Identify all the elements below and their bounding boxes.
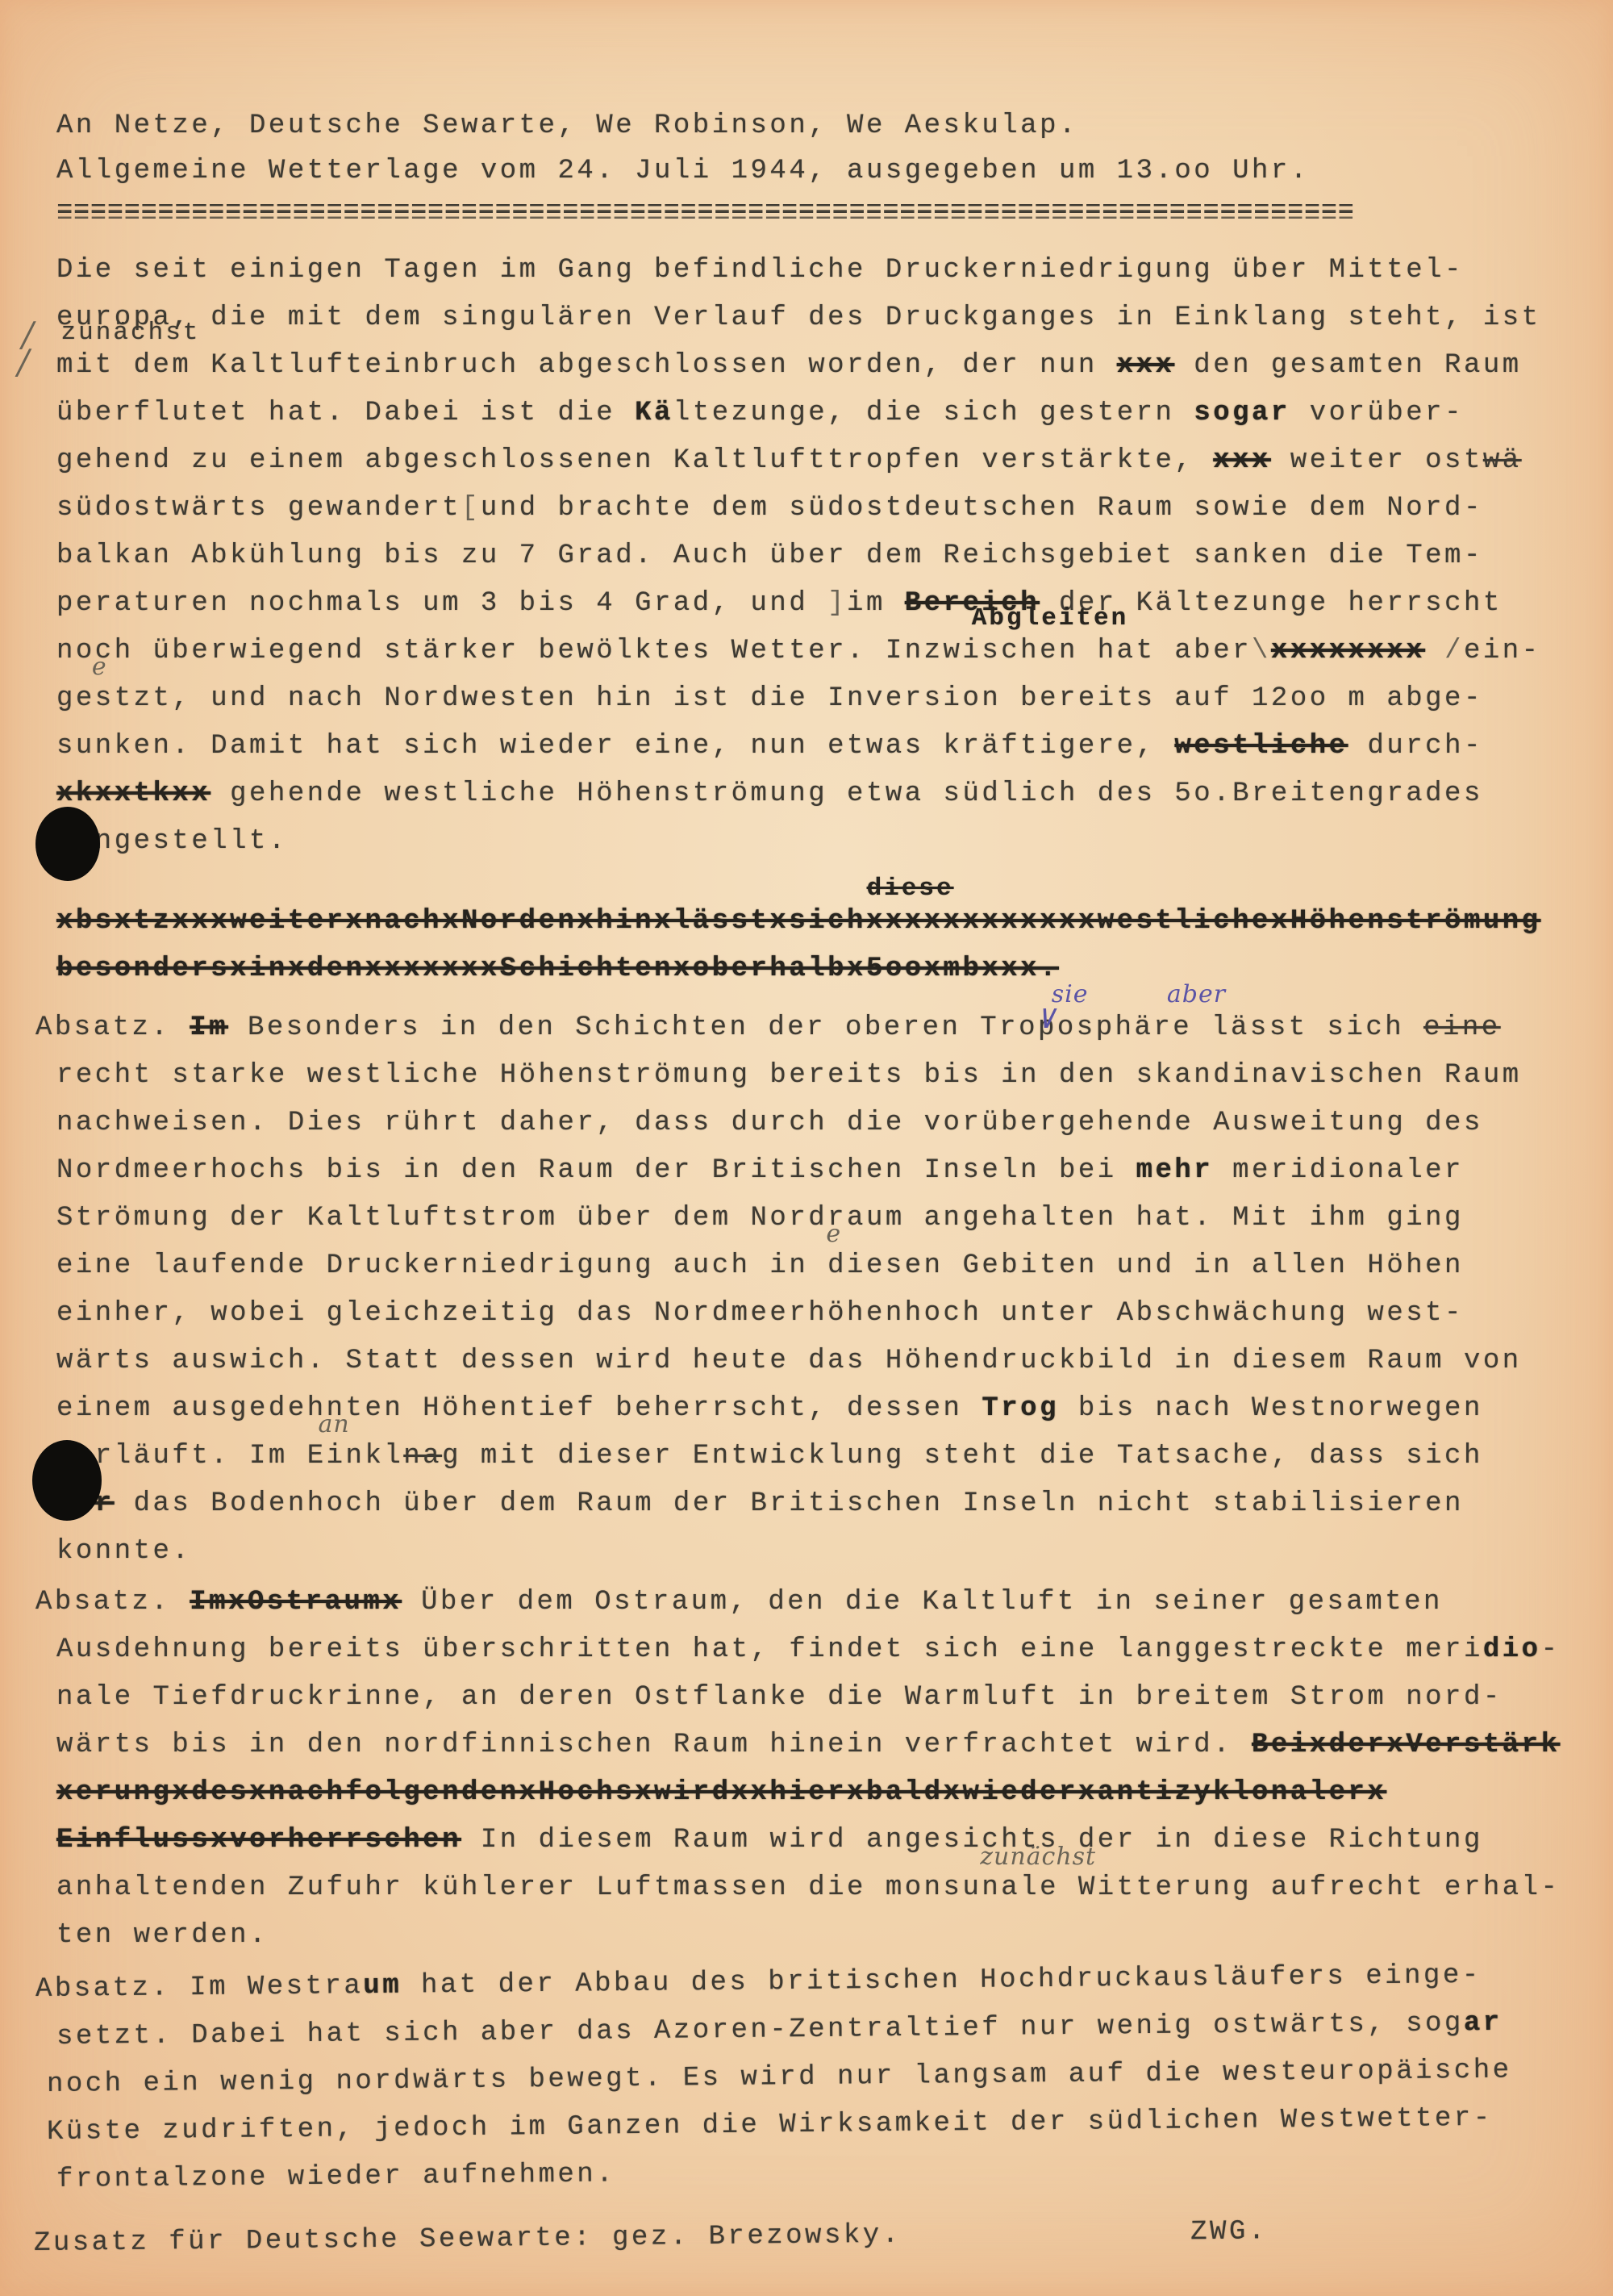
text-segment: wä [1483, 445, 1522, 476]
text-segment: ImxOstraumx [190, 1587, 402, 1618]
p2-line: sieaberAbsatz. Im Besonders in den Schic… [35, 1004, 1613, 1052]
p1-line: überflutet hat. Dabei ist die Kältezunge… [56, 390, 1613, 437]
text-segment: wärts auswich. Statt dessen wird heute d… [56, 1346, 1522, 1376]
annotation-typedbold: Abgleiten [972, 606, 1128, 631]
footer-initials: ZWG. [1190, 2216, 1268, 2248]
text-segment: ar [1464, 2008, 1503, 2039]
text-segment: hat der Abbau des britischen Hochdruckau… [402, 1960, 1482, 2002]
text-segment: / [1444, 636, 1464, 666]
annotation-pencil: an [318, 1413, 349, 1437]
annotation-pencil: / [18, 345, 30, 379]
p1-line: eingestellt. [56, 818, 1613, 866]
text-segment: südostwärts gewandert [56, 493, 461, 524]
text-segment: ein- [1464, 636, 1541, 666]
text-segment: gehende westliche Höhenströmung etwa süd… [210, 779, 1483, 809]
text-segment: Strömung der Kaltluftstrom über dem Nord… [56, 1203, 1464, 1234]
text-segment: ten werden. [56, 1920, 269, 1951]
text-segment: BeixderxVerstärk [1252, 1730, 1560, 1760]
text-segment: und brachte dem südostdeutschen Raum sow… [481, 493, 1483, 524]
text-segment: das Bodenhoch über dem Raum der Britisch… [115, 1488, 1464, 1519]
p1-line: zunächst//mit dem Kaltlufteinbruch abges… [56, 342, 1613, 390]
text-segment: xbsxtzxxxweiterxnachxNordenxhinxlässtxsi… [56, 906, 1541, 937]
text-segment: recht starke westliche Höhenströmung ber… [56, 1060, 1522, 1091]
p1-line: peraturen nochmals um 3 bis 4 Grad, und … [56, 580, 1613, 628]
p2-line: einem ausgedehnten Höhentief beherrscht,… [56, 1385, 1613, 1433]
document-page: An Netze, Deutsche Sewarte, We Robinson,… [0, 0, 1613, 2296]
document-body: An Netze, Deutsche Sewarte, We Robinson,… [0, 0, 1613, 2268]
text-segment: wärts bis in den nordfinnischen Raum hin… [56, 1730, 1252, 1760]
text-segment [1425, 636, 1444, 666]
text-segment: noch ein wenig nordwärts bewegt. Es wird… [47, 2056, 1512, 2100]
punch-hole [35, 807, 100, 881]
text-segment: den gesamten Raum [1174, 350, 1521, 381]
text-segment: um [363, 1971, 402, 2002]
text-segment: xxx [1117, 350, 1175, 381]
text-segment: sunken. Damit hat sich wieder eine, nun … [56, 731, 1174, 762]
text-segment: frontalzone wieder aufnehmen. [56, 2159, 616, 2195]
text-segment: gehend zu einem abgeschlossenen Kaltluft… [56, 445, 1213, 476]
text-segment: nale Tiefdruckrinne, an deren Ostflanke … [56, 1682, 1503, 1713]
text-segment: weiter ost [1271, 445, 1483, 476]
text-segment: einem ausgedehnten Höhentief beherrscht,… [56, 1393, 982, 1424]
text-segment: xxx [1213, 445, 1271, 476]
text-segment: Die seit einigen Tagen im Gang befindlic… [56, 255, 1464, 286]
text-segment: mit dem Kaltlufteinbruch abgeschlossen w… [56, 350, 1117, 381]
text-segment: eine [1423, 1012, 1501, 1043]
header-recipients: An Netze, Deutsche Sewarte, We Robinson,… [56, 103, 1613, 148]
annotation-pencil: e [826, 1222, 841, 1246]
annotation-typedbold: diese [867, 876, 954, 901]
text-segment: verläuft. Im Einkl [56, 1441, 403, 1472]
text-segment: einher, wobei gleichzeitig das Nordmeerh… [56, 1298, 1464, 1329]
text-segment: Absatz. Im Westra [35, 1971, 364, 2005]
deleted-line: xerungxdesxnachfolgendenxHochsxwirdxxhie… [56, 1769, 1613, 1817]
text-segment: setzt. Dabei hat sich aber das Azoren-Ze… [56, 2008, 1464, 2052]
text-segment: durch- [1348, 731, 1483, 762]
text-segment: anhaltenden Zufuhr kühlerer Luftmassen d… [56, 1872, 1560, 1903]
deleted-line: diesexbsxtzxxxweiterxnachxNordenxhinxläs… [56, 898, 1613, 946]
p1-line: Die seit einigen Tagen im Gang befindlic… [56, 247, 1613, 294]
p2-line: anverläuft. Im Einklnag mit dieser Entwi… [56, 1433, 1613, 1480]
p2-line: wärts auswich. Statt dessen wird heute d… [56, 1338, 1613, 1385]
text-segment: Absatz. [35, 1012, 190, 1043]
text-segment: mehr [1136, 1155, 1214, 1186]
p2-line: konnte. [56, 1528, 1613, 1576]
text-segment: ltezunge, die sich gestern [673, 398, 1194, 428]
text-segment: gestzt, und nach Nordwesten hin ist die … [56, 683, 1483, 714]
text-segment: im [847, 588, 905, 619]
p1-line: balkan Abkühlung bis zu 7 Grad. Auch übe… [56, 532, 1613, 580]
text-segment: - [1541, 1634, 1561, 1665]
text-segment: ========================================… [56, 196, 1355, 227]
text-segment: eine laufende Druckerniedrigung auch in … [56, 1250, 1464, 1281]
p3-line: wärts bis in den nordfinnischen Raum hin… [56, 1722, 1613, 1769]
footer-signature: Zusatz für Deutsche Seewarte: gez. Brezo… [34, 2205, 1613, 2268]
annotation-typed: zunächst [61, 320, 201, 345]
text-segment: peraturen nochmals um 3 bis 4 Grad, und [56, 588, 827, 619]
text-segment: Absatz. [35, 1587, 190, 1618]
annotation-ink: aber [1167, 983, 1226, 1007]
text-segment: Küste zudriften, jedoch im Ganzen die Wi… [47, 2103, 1493, 2148]
text-segment: xxxxxxxx [1271, 636, 1425, 666]
text-segment: Allgemeine Wetterlage vom 24. Juli 1944,… [56, 156, 1310, 186]
header-separator: ========================================… [56, 194, 1613, 229]
text-segment: sogar [1194, 398, 1290, 428]
p2-line: einher, wobei gleichzeitig das Nordmeerh… [56, 1290, 1613, 1338]
p1-line: europa, die mit dem singulären Verlauf d… [56, 294, 1613, 342]
punch-hole [32, 1440, 102, 1521]
text-segment: dio [1483, 1634, 1541, 1665]
text-segment: ] [827, 588, 847, 619]
text-segment: Kä [635, 398, 673, 428]
text-segment: [ [461, 493, 481, 524]
p2-line: der das Bodenhoch über dem Raum der Brit… [56, 1480, 1613, 1528]
p3-line: Einflussxvorherrschen In diesem Raum wir… [56, 1817, 1613, 1864]
text-segment: An Netze, Deutsche Sewarte, We Robinson,… [56, 111, 1078, 141]
text-segment: meridionaler [1213, 1155, 1464, 1186]
p1-line: egestzt, und nach Nordwesten hin ist die… [56, 675, 1613, 723]
p2-line: Nordmeerhochs bis in den Raum der Britis… [56, 1147, 1613, 1195]
text-segment: In diesem Raum wird angesichts der in di… [461, 1825, 1483, 1856]
p1-line: gehend zu einem abgeschlossenen Kaltluft… [56, 437, 1613, 485]
p1-line: sunken. Damit hat sich wieder eine, nun … [56, 723, 1613, 770]
annotation-pencil: zunächst [980, 1845, 1096, 1869]
p3-line: zunächstanhaltenden Zufuhr kühlerer Luft… [56, 1864, 1613, 1912]
text-segment: besondersxinxdenxxxxxxxSchichtenxoberhal… [56, 954, 1059, 984]
text-segment: Ausdehnung bereits überschritten hat, fi… [56, 1634, 1483, 1665]
p2-line: eeine laufende Druckerniedrigung auch in… [56, 1242, 1613, 1290]
text-segment: europa, die mit dem singulären Verlauf d… [56, 303, 1541, 333]
text-segment: Über dem Ostraum, den die Kaltluft in se… [402, 1587, 1443, 1618]
p3-line: nale Tiefdruckrinne, an deren Ostflanke … [56, 1674, 1613, 1722]
text-segment: nachweisen. Dies rührt daher, dass durch… [56, 1108, 1483, 1138]
annotation-ink: sie [1052, 983, 1089, 1007]
text-segment: Einflussxvorherrschen [56, 1825, 461, 1856]
text-segment: g mit dieser Entwicklung steht die Tatsa… [442, 1441, 1483, 1472]
p2-line: recht starke westliche Höhenströmung ber… [56, 1052, 1613, 1100]
text-segment: xkxxtkxx [56, 779, 210, 809]
text-segment: bis nach Westnorwegen [1059, 1393, 1483, 1424]
text-segment: Zusatz für Deutsche Seewarte: gez. Brezo… [34, 2220, 902, 2259]
text-segment: Trog [982, 1393, 1059, 1424]
text-segment: \ [1252, 636, 1271, 666]
text-segment: xerungxdesxnachfolgendenxHochsxwirdxxhie… [56, 1777, 1386, 1808]
text-segment [901, 2217, 1190, 2250]
header-title: Allgemeine Wetterlage vom 24. Juli 1944,… [56, 148, 1613, 194]
deleted-line: besondersxinxdenxxxxxxxSchichtenxoberhal… [56, 946, 1613, 993]
text-segment: Nordmeerhochs bis in den Raum der Britis… [56, 1155, 1136, 1186]
text-segment: westliche [1174, 731, 1348, 762]
text-segment: noch überwiegend stärker bewölktes Wette… [56, 636, 1252, 666]
text-segment: na [403, 1441, 442, 1472]
p2-line: nachweisen. Dies rührt daher, dass durch… [56, 1100, 1613, 1147]
text-segment: Im [190, 1012, 228, 1043]
annotation-pencil: e [92, 655, 107, 679]
text-segment: überflutet hat. Dabei ist die [56, 398, 635, 428]
text-segment: Besonders in den Schichten der oberen Tr… [228, 1012, 1423, 1043]
p3-line: Absatz. ImxOstraumx Über dem Ostraum, de… [35, 1579, 1613, 1626]
p1-line: Abgleitennoch überwiegend stärker bewölk… [56, 628, 1613, 675]
text-segment: vorüber- [1290, 398, 1464, 428]
text-segment: balkan Abkühlung bis zu 7 Grad. Auch übe… [56, 541, 1483, 571]
p1-line: xkxxtkxx gehende westliche Höhenströmung… [56, 770, 1613, 818]
p3-line: Ausdehnung bereits überschritten hat, fi… [56, 1626, 1613, 1674]
text-segment: konnte. [56, 1536, 191, 1567]
p1-line: südostwärts gewandert[und brachte dem sü… [56, 485, 1613, 532]
